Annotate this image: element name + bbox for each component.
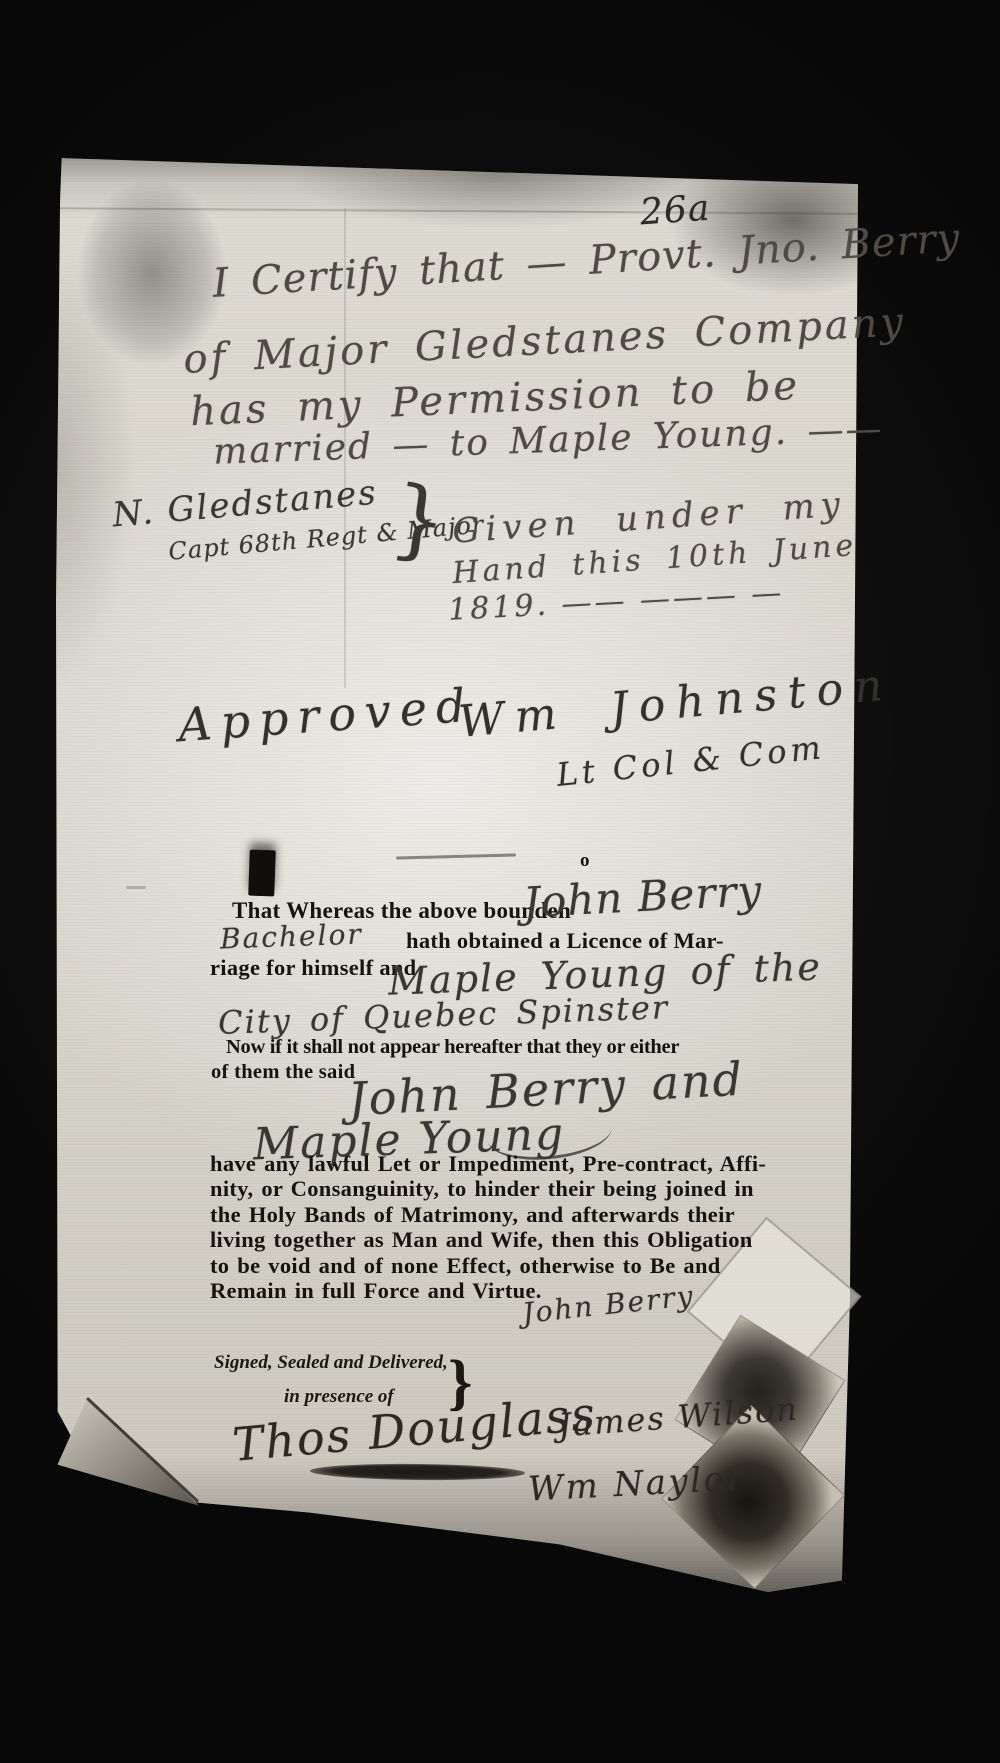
bond-body-line: nity, or Consanguinity, to hinder their … <box>210 1176 766 1201</box>
bond-now-line-2: of them the said <box>211 1061 355 1084</box>
ink-blot <box>248 850 276 897</box>
groom-status-handwritten: Bachelor <box>219 918 363 956</box>
attestation-line-1: Signed, Sealed and Delivered, <box>214 1352 448 1374</box>
margin-smudge <box>126 886 146 889</box>
stray-printed-char: o <box>580 850 590 872</box>
bond-body-line: living together as Man and Wife, then th… <box>210 1227 766 1252</box>
bond-body-line: to be void and of none Effect, otherwise… <box>210 1253 766 1278</box>
bond-body-line: have any lawful Let or Impediment, Pre-c… <box>210 1151 766 1176</box>
bond-now-line-1: Now if it shall not appear hereafter tha… <box>226 1036 679 1059</box>
bond-line-3: riage for himself and <box>210 955 417 981</box>
folio-number: 26a <box>639 188 712 234</box>
document-scan: 26a I Certify that — Provt. Jno. Berry o… <box>0 0 1000 1763</box>
bond-body-line: the Holy Bands of Matrimony, and afterwa… <box>210 1202 766 1227</box>
